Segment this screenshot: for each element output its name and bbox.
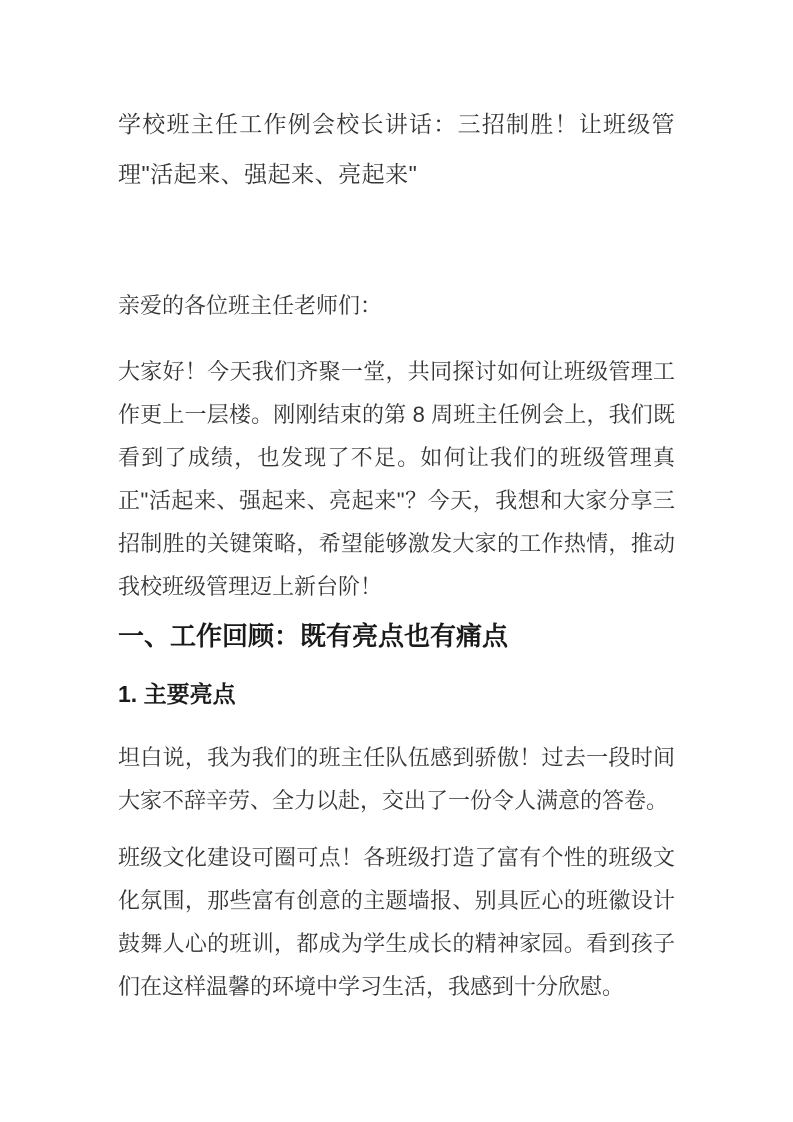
paragraph-class-culture: 班级文化建设可圈可点！各班级打造了富有个性的班级文化氛围，那些富有创意的主题墙报… [118,836,675,1008]
intro-paragraph: 大家好！今天我们齐聚一堂，共同探讨如何让班级管理工作更上一层楼。刚刚结束的第 8… [118,350,675,608]
document-title: 学校班主任工作例会校长讲话：三招制胜！让班级管理"活起来、强起来、亮起来" [118,99,675,199]
section-1-subheading-1: 1. 主要亮点 [118,674,675,714]
document-page: 学校班主任工作例会校长讲话：三招制胜！让班级管理"活起来、强起来、亮起来" 亲爱… [0,0,793,1122]
greeting-line: 亲爱的各位班主任老师们： [118,284,675,327]
paragraph-team-pride: 坦白说，我为我们的班主任队伍感到骄傲！过去一段时间大家不辞辛劳、全力以赴，交出了… [118,736,675,822]
section-1-heading: 一、工作回顾：既有亮点也有痛点 [118,616,675,656]
